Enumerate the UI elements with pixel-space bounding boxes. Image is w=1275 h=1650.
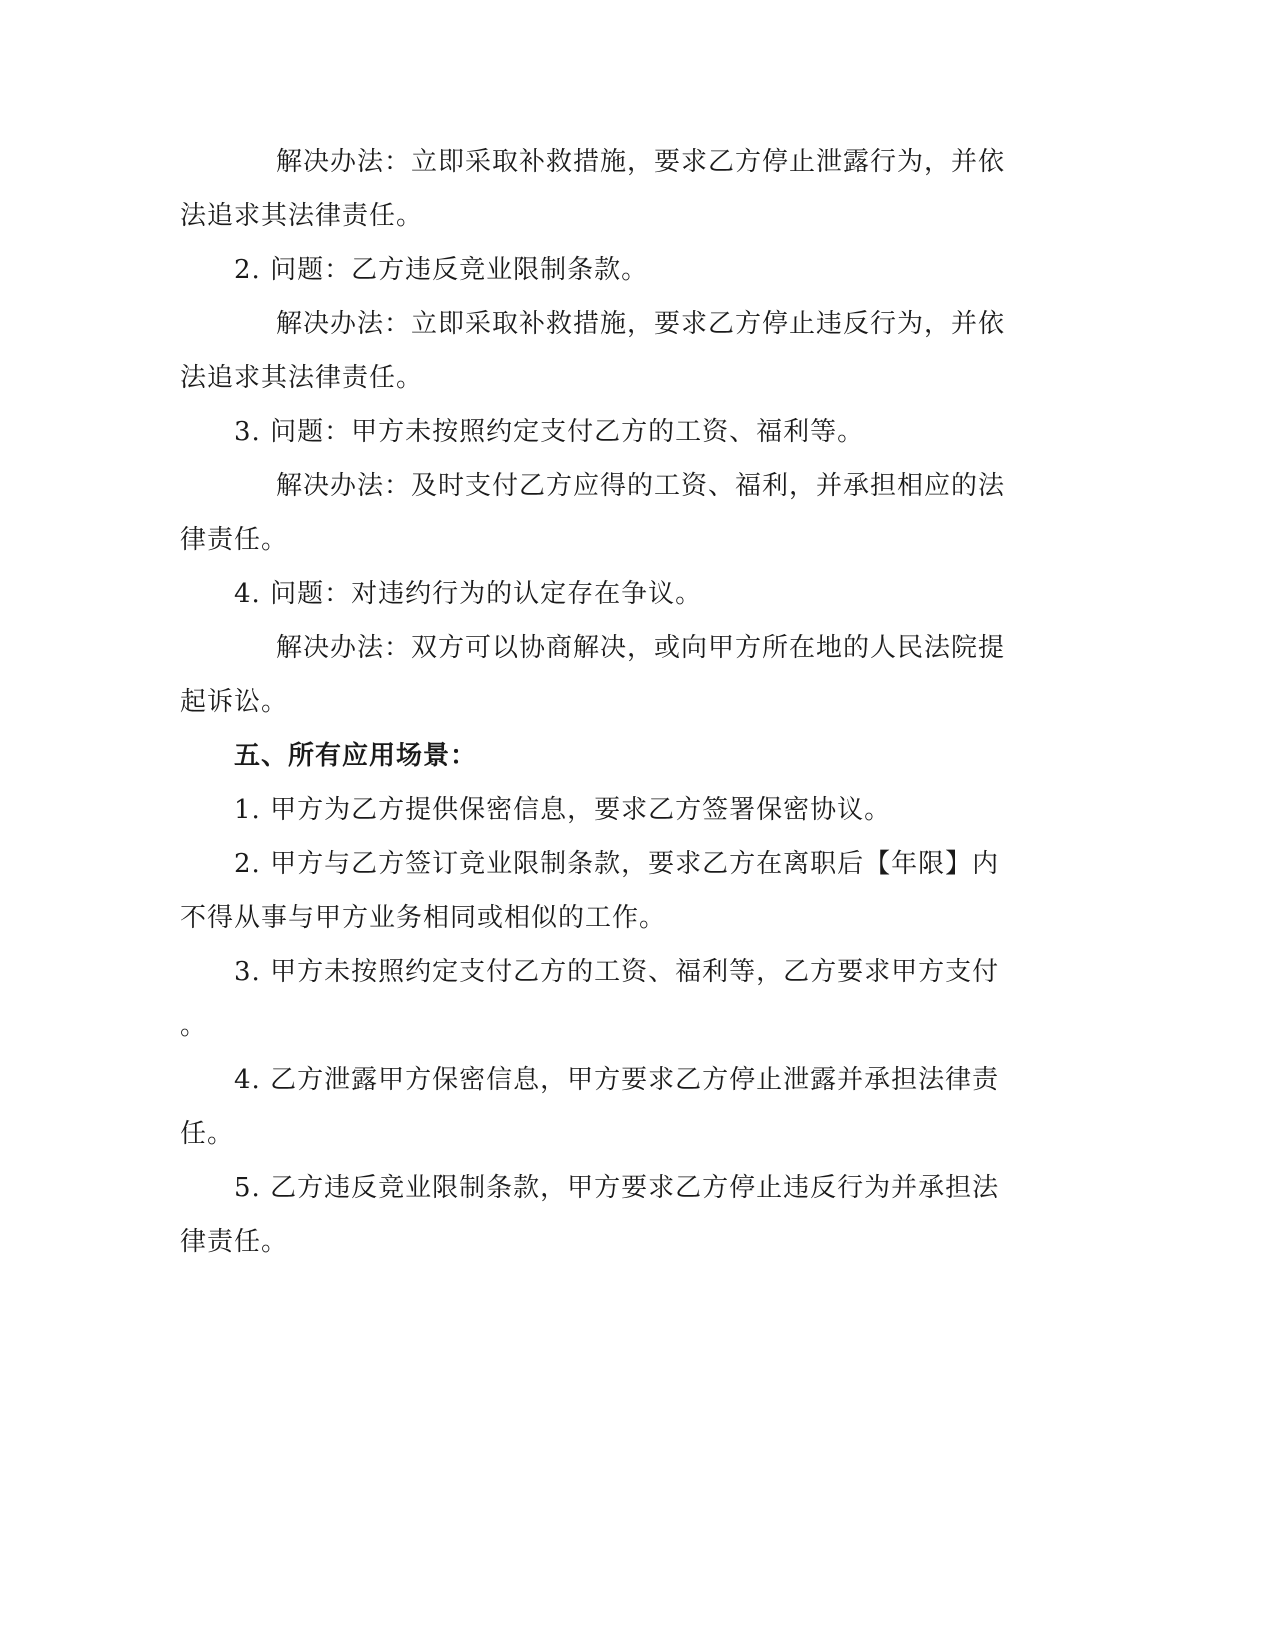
text-line: 解决办法：及时支付乙方应得的工资、福利，并承担相应的法 bbox=[276, 469, 1005, 503]
text-line: 。 bbox=[180, 1009, 207, 1043]
text-line: 3. 甲方未按照约定支付乙方的工资、福利等，乙方要求甲方支付 bbox=[234, 955, 999, 989]
text-line: 解决办法：双方可以协商解决，或向甲方所在地的人民法院提 bbox=[276, 631, 1005, 665]
text-line: 任。 bbox=[180, 1117, 234, 1151]
text-line: 起诉讼。 bbox=[180, 685, 288, 719]
text-line: 4. 问题：对违约行为的认定存在争议。 bbox=[234, 577, 702, 611]
section-heading: 五、所有应用场景： bbox=[234, 739, 477, 773]
text-line: 律责任。 bbox=[180, 523, 288, 557]
text-line: 2. 问题：乙方违反竞业限制条款。 bbox=[234, 253, 648, 287]
text-line: 2. 甲方与乙方签订竞业限制条款，要求乙方在离职后【年限】内 bbox=[234, 847, 999, 881]
text-line: 法追求其法律责任。 bbox=[180, 199, 423, 233]
text-line: 解决办法：立即采取补救措施，要求乙方停止违反行为，并依 bbox=[276, 307, 1005, 341]
text-line: 4. 乙方泄露甲方保密信息，甲方要求乙方停止泄露并承担法律责 bbox=[234, 1063, 999, 1097]
text-line: 律责任。 bbox=[180, 1225, 288, 1259]
text-line: 1. 甲方为乙方提供保密信息，要求乙方签署保密协议。 bbox=[234, 793, 891, 827]
text-line: 解决办法：立即采取补救措施，要求乙方停止泄露行为，并依 bbox=[276, 145, 1005, 179]
text-line: 5. 乙方违反竞业限制条款，甲方要求乙方停止违反行为并承担法 bbox=[234, 1171, 999, 1205]
text-line: 法追求其法律责任。 bbox=[180, 361, 423, 395]
text-line: 3. 问题：甲方未按照约定支付乙方的工资、福利等。 bbox=[234, 415, 864, 449]
text-line: 不得从事与甲方业务相同或相似的工作。 bbox=[180, 901, 666, 935]
